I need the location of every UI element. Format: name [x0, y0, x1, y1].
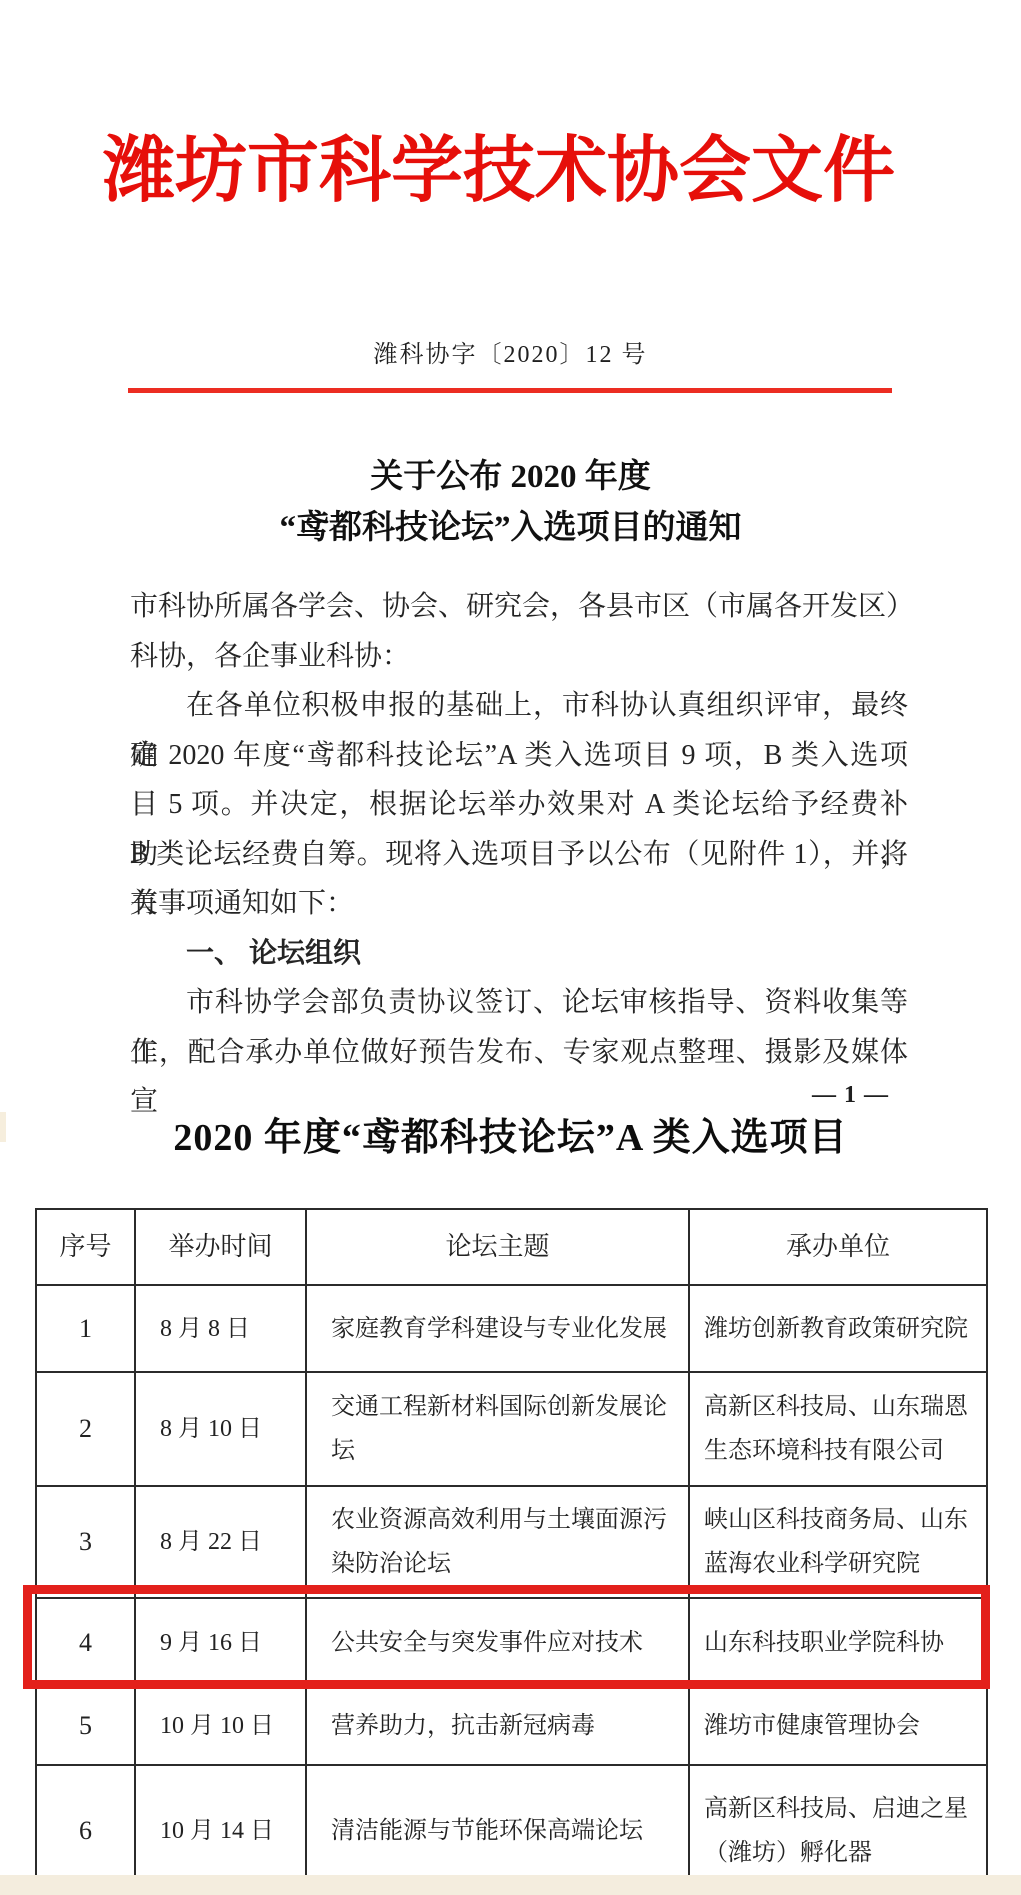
notice-title-line1: 关于公布 2020 年度: [0, 452, 1021, 503]
body-section-heading: 一、 论坛组织: [130, 929, 908, 979]
table-row: 2 8 月 10 日 交通工程新材料国际创新发展论坛 高新区科技局、山东瑞恩生态…: [36, 1372, 987, 1486]
cell-date: 8 月 22 日: [135, 1486, 306, 1598]
column-header-date: 举办时间: [135, 1209, 306, 1285]
document-header-title: 潍坊市科学技术协会文件: [103, 112, 895, 216]
document-number: 潍科协字〔2020〕12 号: [0, 334, 1021, 369]
cell-date: 8 月 10 日: [135, 1372, 306, 1486]
scan-edge-artifact-bottom: [0, 1875, 1021, 1895]
body-line: 目 5 项。并决定，根据论坛举办效果对 A 类论坛给予经费补助，: [130, 780, 908, 830]
red-divider-line: [128, 388, 892, 393]
body-line: 关事项通知如下：: [130, 879, 908, 929]
cell-organizer: 潍坊市健康管理协会: [689, 1687, 987, 1765]
column-header-no: 序号: [36, 1209, 135, 1285]
cell-topic: 营养助力，抗击新冠病毒: [306, 1687, 689, 1765]
body-line: 在各单位积极申报的基础上，市科协认真组织评审，最终确: [130, 681, 908, 731]
notice-title-line2: “鸢都科技论坛”入选项目的通知: [0, 503, 1021, 554]
notice-body: 市科协所属各学会、协会、研究会，各县市区（市属各开发区） 科协，各企事业科协： …: [130, 582, 908, 1077]
page-number: — 1 —: [812, 1082, 889, 1109]
column-header-topic: 论坛主题: [306, 1209, 689, 1285]
cell-no: 2: [36, 1372, 135, 1486]
table-row: 5 10 月 10 日 营养助力，抗击新冠病毒 潍坊市健康管理协会: [36, 1687, 987, 1765]
cell-date: 8 月 8 日: [135, 1285, 306, 1372]
body-line: 市科协所属各学会、协会、研究会，各县市区（市属各开发区）: [130, 582, 908, 632]
body-line: 科协，各企事业科协：: [130, 632, 908, 682]
cell-organizer: 峡山区科技商务局、山东蓝海农业科学研究院: [689, 1486, 987, 1598]
column-header-organizer: 承办单位: [689, 1209, 987, 1285]
scan-edge-artifact-left: [0, 1112, 6, 1142]
notice-title: 关于公布 2020 年度 “鸢都科技论坛”入选项目的通知: [0, 452, 1021, 554]
body-line: 市科协学会部负责协议签订、论坛审核指导、资料收集等工: [130, 978, 908, 1028]
table-row: 1 8 月 8 日 家庭教育学科建设与专业化发展 潍坊创新教育政策研究院: [36, 1285, 987, 1372]
cell-topic: 家庭教育学科建设与专业化发展: [306, 1285, 689, 1372]
cell-no: 5: [36, 1687, 135, 1765]
body-line: 定 2020 年度“鸢都科技论坛”A 类入选项目 9 项，B 类入选项: [130, 731, 908, 781]
cell-topic: 农业资源高效利用与土壤面源污染防治论坛: [306, 1486, 689, 1598]
cell-organizer: 高新区科技局、山东瑞恩生态环境科技有限公司: [689, 1372, 987, 1486]
cell-no: 1: [36, 1285, 135, 1372]
red-highlight-box-row-4: [23, 1585, 990, 1689]
table-header-row: 序号 举办时间 论坛主题 承办单位: [36, 1209, 987, 1285]
cell-organizer: 潍坊创新教育政策研究院: [689, 1285, 987, 1372]
cell-topic: 交通工程新材料国际创新发展论坛: [306, 1372, 689, 1486]
cell-date: 10 月 10 日: [135, 1687, 306, 1765]
cell-no: 3: [36, 1486, 135, 1598]
table-row: 3 8 月 22 日 农业资源高效利用与土壤面源污染防治论坛 峡山区科技商务局、…: [36, 1486, 987, 1598]
attachment-table-title: 2020 年度“鸢都科技论坛”A 类入选项目: [0, 1106, 1021, 1161]
forum-projects-table: 序号 举办时间 论坛主题 承办单位 1 8 月 8 日 家庭教育学科建设与专业化…: [35, 1208, 988, 1895]
body-line: 作，配合承办单位做好预告发布、专家观点整理、摄影及媒体宣: [130, 1028, 908, 1078]
body-line: B 类论坛经费自筹。现将入选项目予以公布（见附件 1），并将有: [130, 830, 908, 880]
